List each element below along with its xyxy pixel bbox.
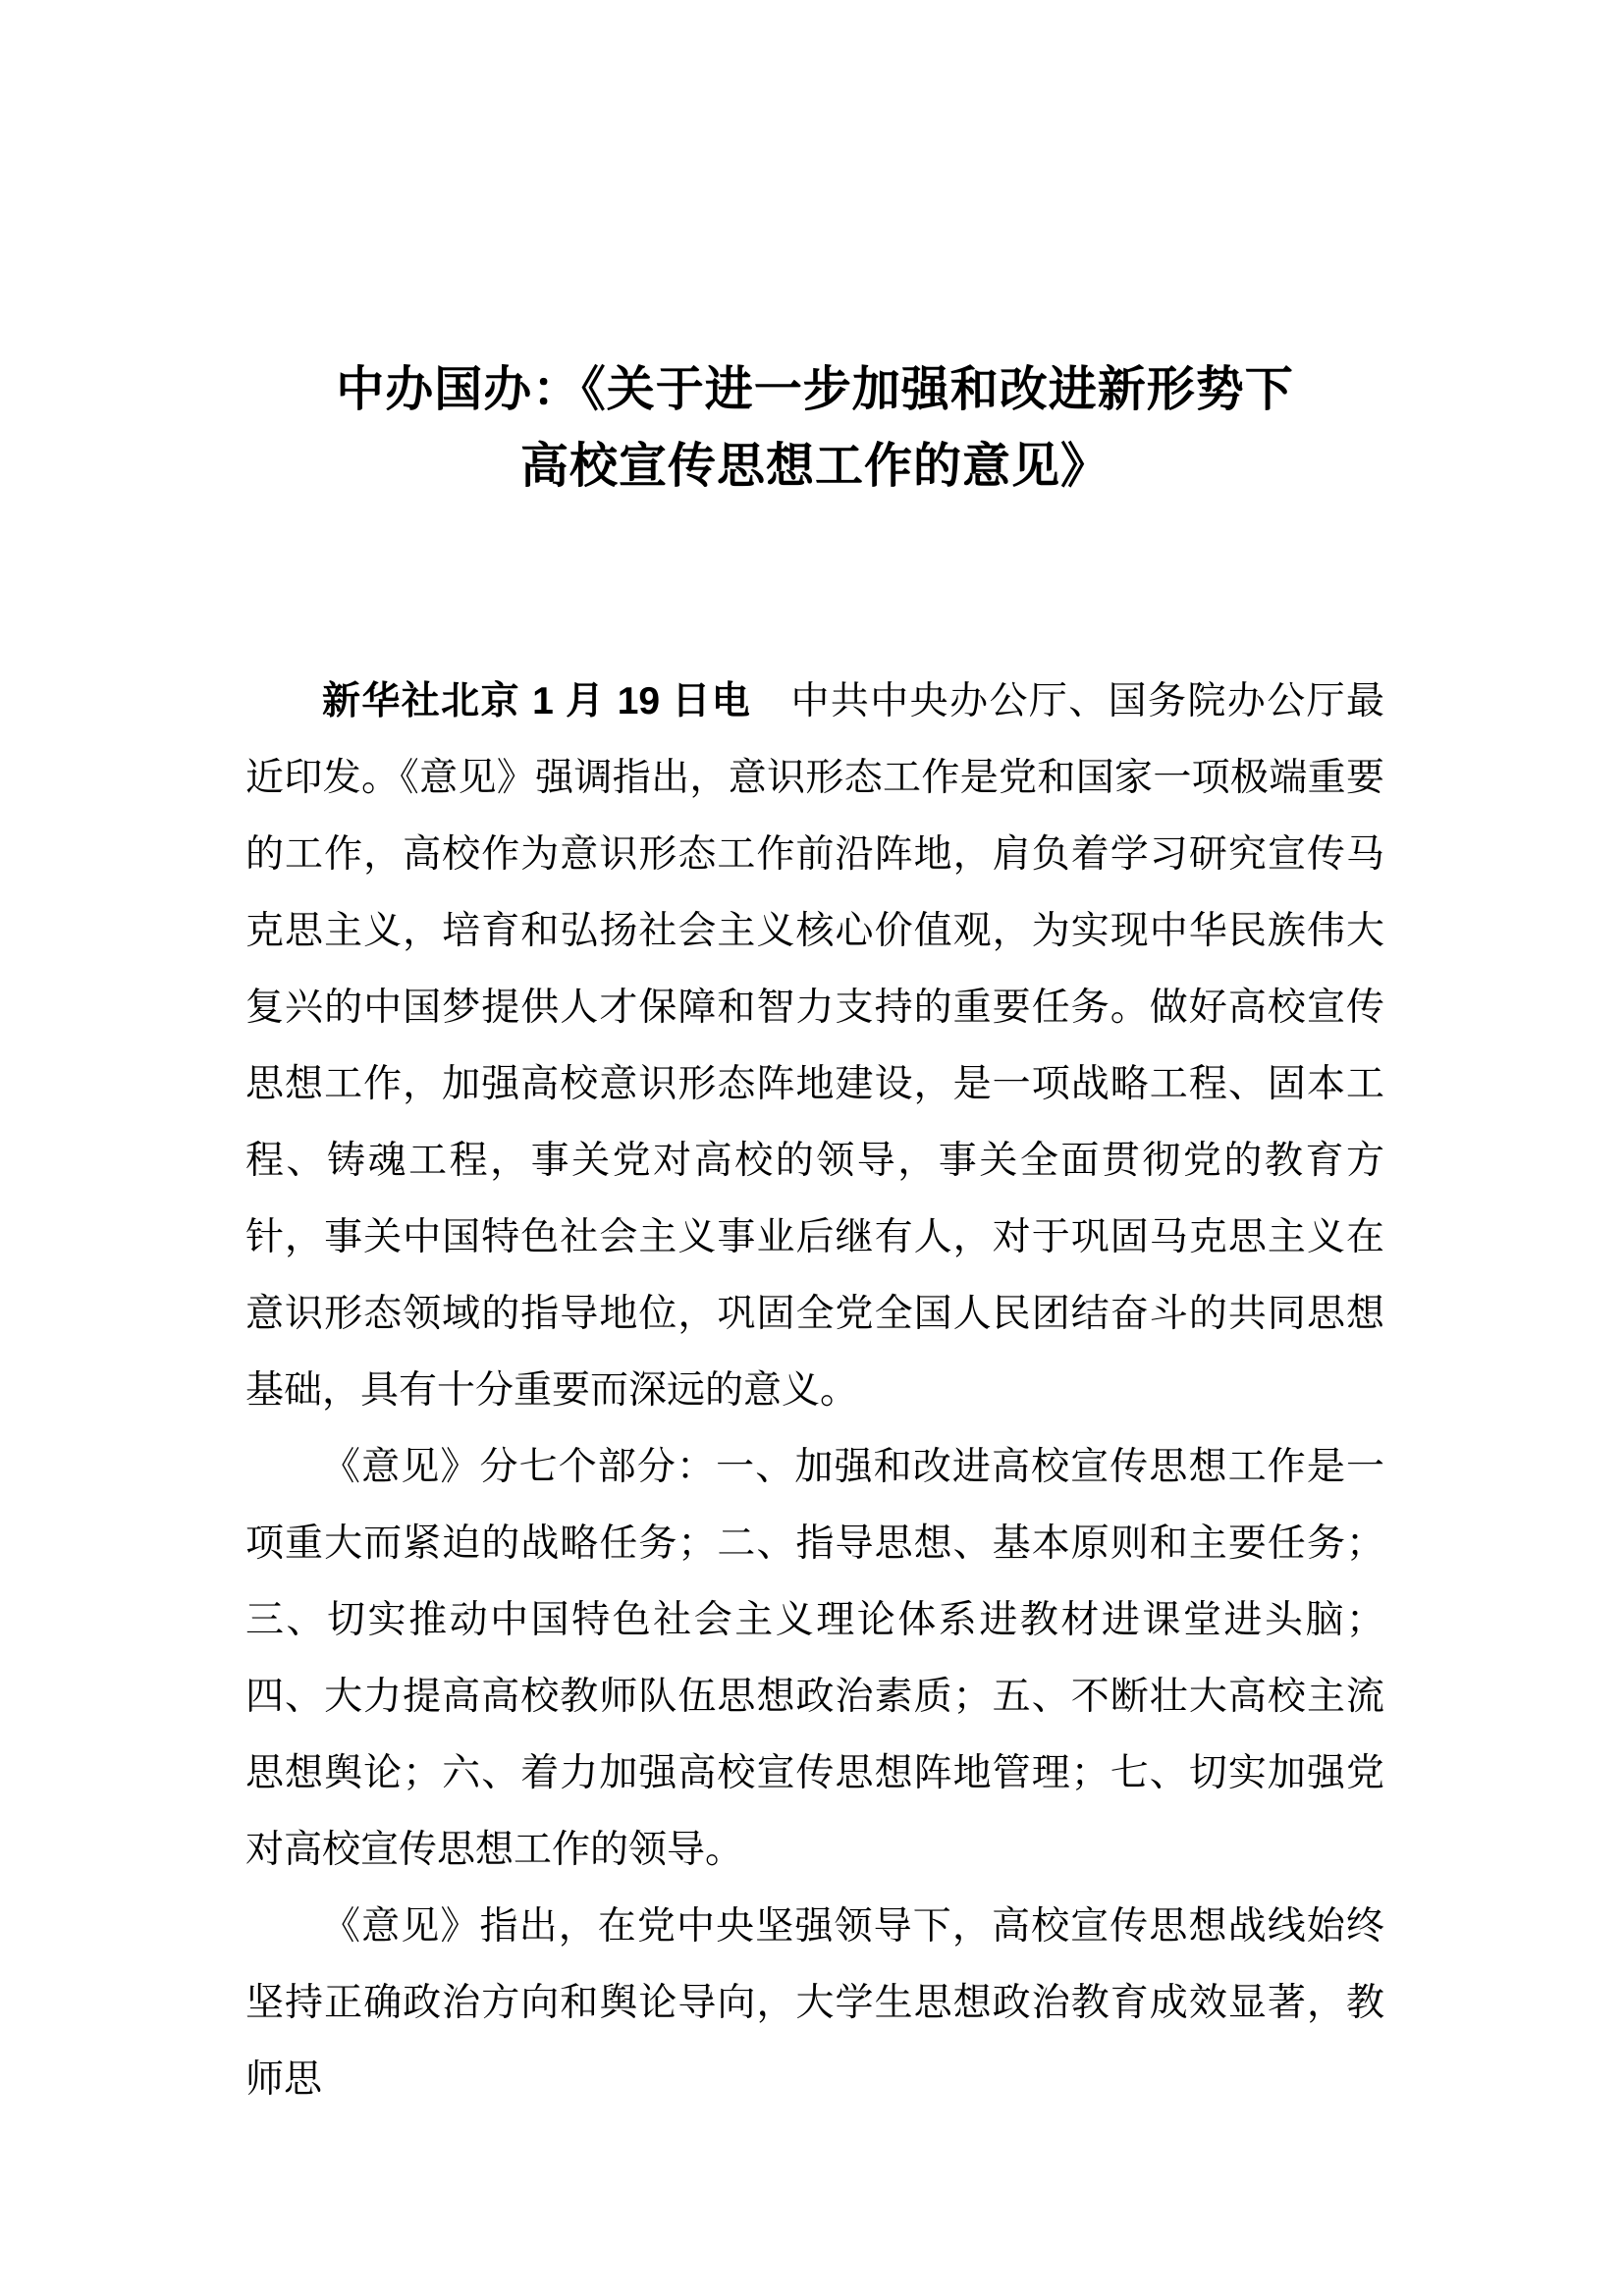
document-page: 中办国办：《关于进一步加强和改进新形势下 高校宣传思想工作的意见》 新华社北京 … (0, 0, 1624, 2296)
paragraph-1: 新华社北京 1 月 19 日电 中共中央办公厅、国务院办公厅最近印发。《意见》强… (245, 664, 1384, 1429)
document-title: 中办国办：《关于进一步加强和改进新形势下 高校宣传思想工作的意见》 (245, 351, 1384, 505)
paragraph-1-text: 中共中央办公厅、国务院办公厅最近印发。《意见》强调指出，意识形态工作是党和国家一… (245, 680, 1384, 1412)
paragraph-2-text: 《意见》分七个部分：一、加强和改进高校宣传思想工作是一项重大而紧迫的战略任务；二… (245, 1446, 1384, 1871)
paragraph-2: 《意见》分七个部分：一、加强和改进高校宣传思想工作是一项重大而紧迫的战略任务；二… (245, 1429, 1384, 1889)
dateline-lead: 新华社北京 1 月 19 日电 (322, 680, 751, 722)
title-line-1: 中办国办：《关于进一步加强和改进新形势下 (245, 351, 1384, 428)
paragraph-3-text: 《意见》指出，在党中央坚强领导下，高校宣传思想战线始终坚持正确政治方向和舆论导向… (245, 1905, 1384, 2101)
document-body: 新华社北京 1 月 19 日电 中共中央办公厅、国务院办公厅最近印发。《意见》强… (245, 664, 1384, 2118)
title-line-2: 高校宣传思想工作的意见》 (245, 428, 1384, 505)
paragraph-3: 《意见》指出，在党中央坚强领导下，高校宣传思想战线始终坚持正确政治方向和舆论导向… (245, 1889, 1384, 2118)
